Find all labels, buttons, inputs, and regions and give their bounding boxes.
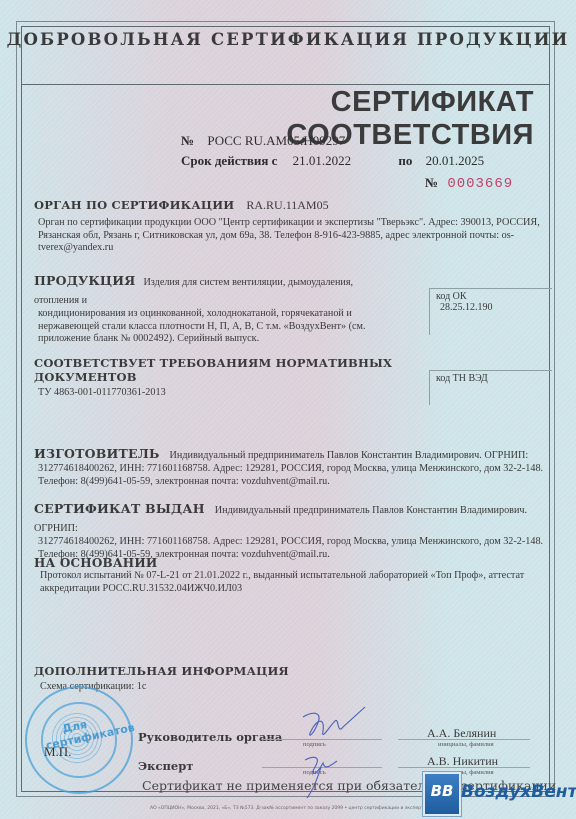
expert-name-line xyxy=(398,767,530,768)
validity-label: Срок действия с xyxy=(181,153,277,168)
ok-code-box: код ОК 28.25.12.190 xyxy=(429,288,552,335)
manufacturer-text-first: Индивидуальный предприниматель Павлов Ко… xyxy=(170,450,529,461)
manufacturer-text: 312774618400262, ИНН: 771601168758. Адре… xyxy=(34,463,544,488)
conformity-heading: СООТВЕТСТВУЕТ ТРЕБОВАНИЯМ НОРМАТИВНЫХ ДО… xyxy=(34,356,434,384)
certification-body-section: ОРГАН ПО СЕРТИФИКАЦИИ RA.RU.11АМ05 Орган… xyxy=(34,196,544,255)
product-section: ПРОДУКЦИЯ Изделия для систем вентиляции,… xyxy=(34,272,379,346)
vozduhvent-logo-icon: ВВ xyxy=(423,772,461,816)
expert-label: Эксперт xyxy=(138,759,193,773)
number-label: № xyxy=(181,133,194,148)
basis-heading: НА ОСНОВАНИИ xyxy=(34,556,544,570)
header-divider xyxy=(21,84,550,85)
basis-section: НА ОСНОВАНИИ Протокол испытаний № 07-L-2… xyxy=(34,556,544,595)
manufacturer-heading: ИЗГОТОВИТЕЛЬ xyxy=(34,446,160,461)
certification-body-code: RA.RU.11АМ05 xyxy=(246,198,328,212)
validity-period: Срок действия с 21.01.2022 по 20.01.2025 xyxy=(181,153,484,169)
valid-from: 21.01.2022 xyxy=(293,153,352,168)
certification-body-text: Орган по сертификации продукции ООО "Цен… xyxy=(34,217,544,255)
head-of-body-label: Руководитель органа xyxy=(138,730,282,744)
normative-document: ТУ 4863-001-011770361-2013 xyxy=(34,387,434,400)
issued-to-heading: СЕРТИФИКАТ ВЫДАН xyxy=(34,501,205,516)
product-text: кондиционирования из оцинкованной, холод… xyxy=(34,308,379,346)
number-value: РОСС RU.АМ05.Н09297 xyxy=(207,133,345,148)
head-name-line xyxy=(398,739,530,740)
printing-fine-print: АО «ОПЦИОН», Москва, 2021, «Б», ТЗ №573.… xyxy=(150,806,461,811)
certificate-number: № РОСС RU.АМ05.Н09297 xyxy=(181,133,345,149)
form-serial-number: № 0003669 xyxy=(425,175,513,192)
serial-value: 0003669 xyxy=(447,176,513,192)
ok-code-value: 28.25.12.190 xyxy=(436,302,546,313)
head-name-caption: инициалы, фамилия xyxy=(438,741,494,748)
ok-code-label: код ОК xyxy=(436,291,546,302)
vozduhvent-brand-text: ВоздухВент xyxy=(461,782,576,802)
certification-scheme: Схема сертификации: 1с xyxy=(34,681,544,694)
stamp-place-label: М.П. xyxy=(44,744,71,760)
additional-info-heading: ДОПОЛНИТЕЛЬНАЯ ИНФОРМАЦИЯ xyxy=(34,664,544,678)
voluntary-certification-title: ДОБРОВОЛЬНАЯ СЕРТИФИКАЦИЯ ПРОДУКЦИИ xyxy=(0,30,576,49)
tn-ved-code-box: код ТН ВЭД xyxy=(429,370,552,405)
basis-text: Протокол испытаний № 07-L-21 от 21.01.20… xyxy=(34,570,544,595)
additional-info-section: ДОПОЛНИТЕЛЬНАЯ ИНФОРМАЦИЯ Схема сертифик… xyxy=(34,664,544,694)
serial-label: № xyxy=(425,175,438,190)
certification-body-heading: ОРГАН ПО СЕРТИФИКАЦИИ xyxy=(34,198,234,212)
manufacturer-section: ИЗГОТОВИТЕЛЬ Индивидуальный предпринимат… xyxy=(34,445,544,488)
issued-to-section: СЕРТИФИКАТ ВЫДАН Индивидуальный предприн… xyxy=(34,500,544,561)
product-heading: ПРОДУКЦИЯ xyxy=(34,273,135,288)
valid-to-label: по xyxy=(398,153,412,168)
tn-ved-label: код ТН ВЭД xyxy=(436,373,546,384)
conformity-section: СООТВЕТСТВУЕТ ТРЕБОВАНИЯМ НОРМАТИВНЫХ ДО… xyxy=(34,356,434,400)
valid-to: 20.01.2025 xyxy=(426,153,485,168)
